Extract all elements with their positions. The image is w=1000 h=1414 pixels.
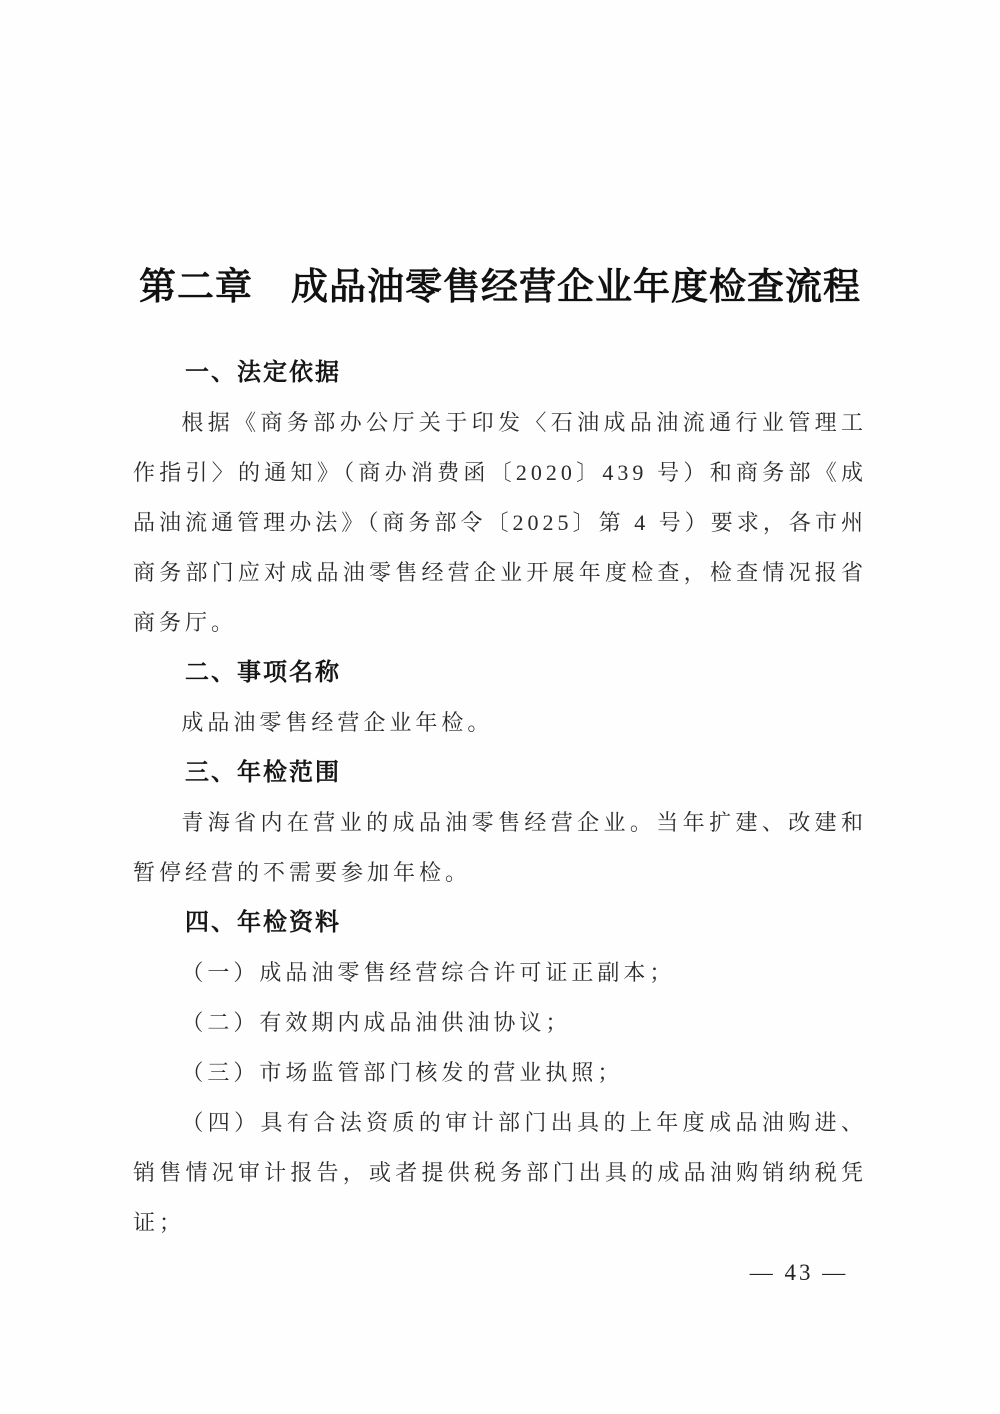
paragraph: 成品油零售经营企业年检。	[133, 698, 867, 748]
document-page: 第二章 成品油零售经营企业年度检查流程 一、法定依据 根据《商务部办公厅关于印发…	[0, 0, 1000, 1414]
section-heading-inspection-scope: 三、年检范围	[133, 748, 867, 798]
paragraph: 根据《商务部办公厅关于印发〈石油成品油流通行业管理工作指引〉的通知》（商办消费函…	[133, 398, 867, 648]
chapter-title: 第二章 成品油零售经营企业年度检查流程	[133, 259, 867, 315]
list-item-1: （一）成品油零售经营综合许可证正副本；	[133, 948, 867, 998]
section-heading-legal-basis: 一、法定依据	[133, 348, 867, 398]
list-item-2: （二）有效期内成品油供油协议；	[133, 998, 867, 1048]
section-heading-inspection-materials: 四、年检资料	[133, 898, 867, 948]
page-number: — 43 —	[699, 1260, 899, 1286]
paragraph: 青海省内在营业的成品油零售经营企业。当年扩建、改建和暂停经营的不需要参加年检。	[133, 798, 867, 898]
document-content: 第二章 成品油零售经营企业年度检查流程 一、法定依据 根据《商务部办公厅关于印发…	[133, 259, 867, 1248]
section-heading-item-name: 二、事项名称	[133, 648, 867, 698]
list-item-4: （四）具有合法资质的审计部门出具的上年度成品油购进、销售情况审计报告，或者提供税…	[133, 1098, 867, 1248]
list-item-3: （三）市场监管部门核发的营业执照；	[133, 1048, 867, 1098]
